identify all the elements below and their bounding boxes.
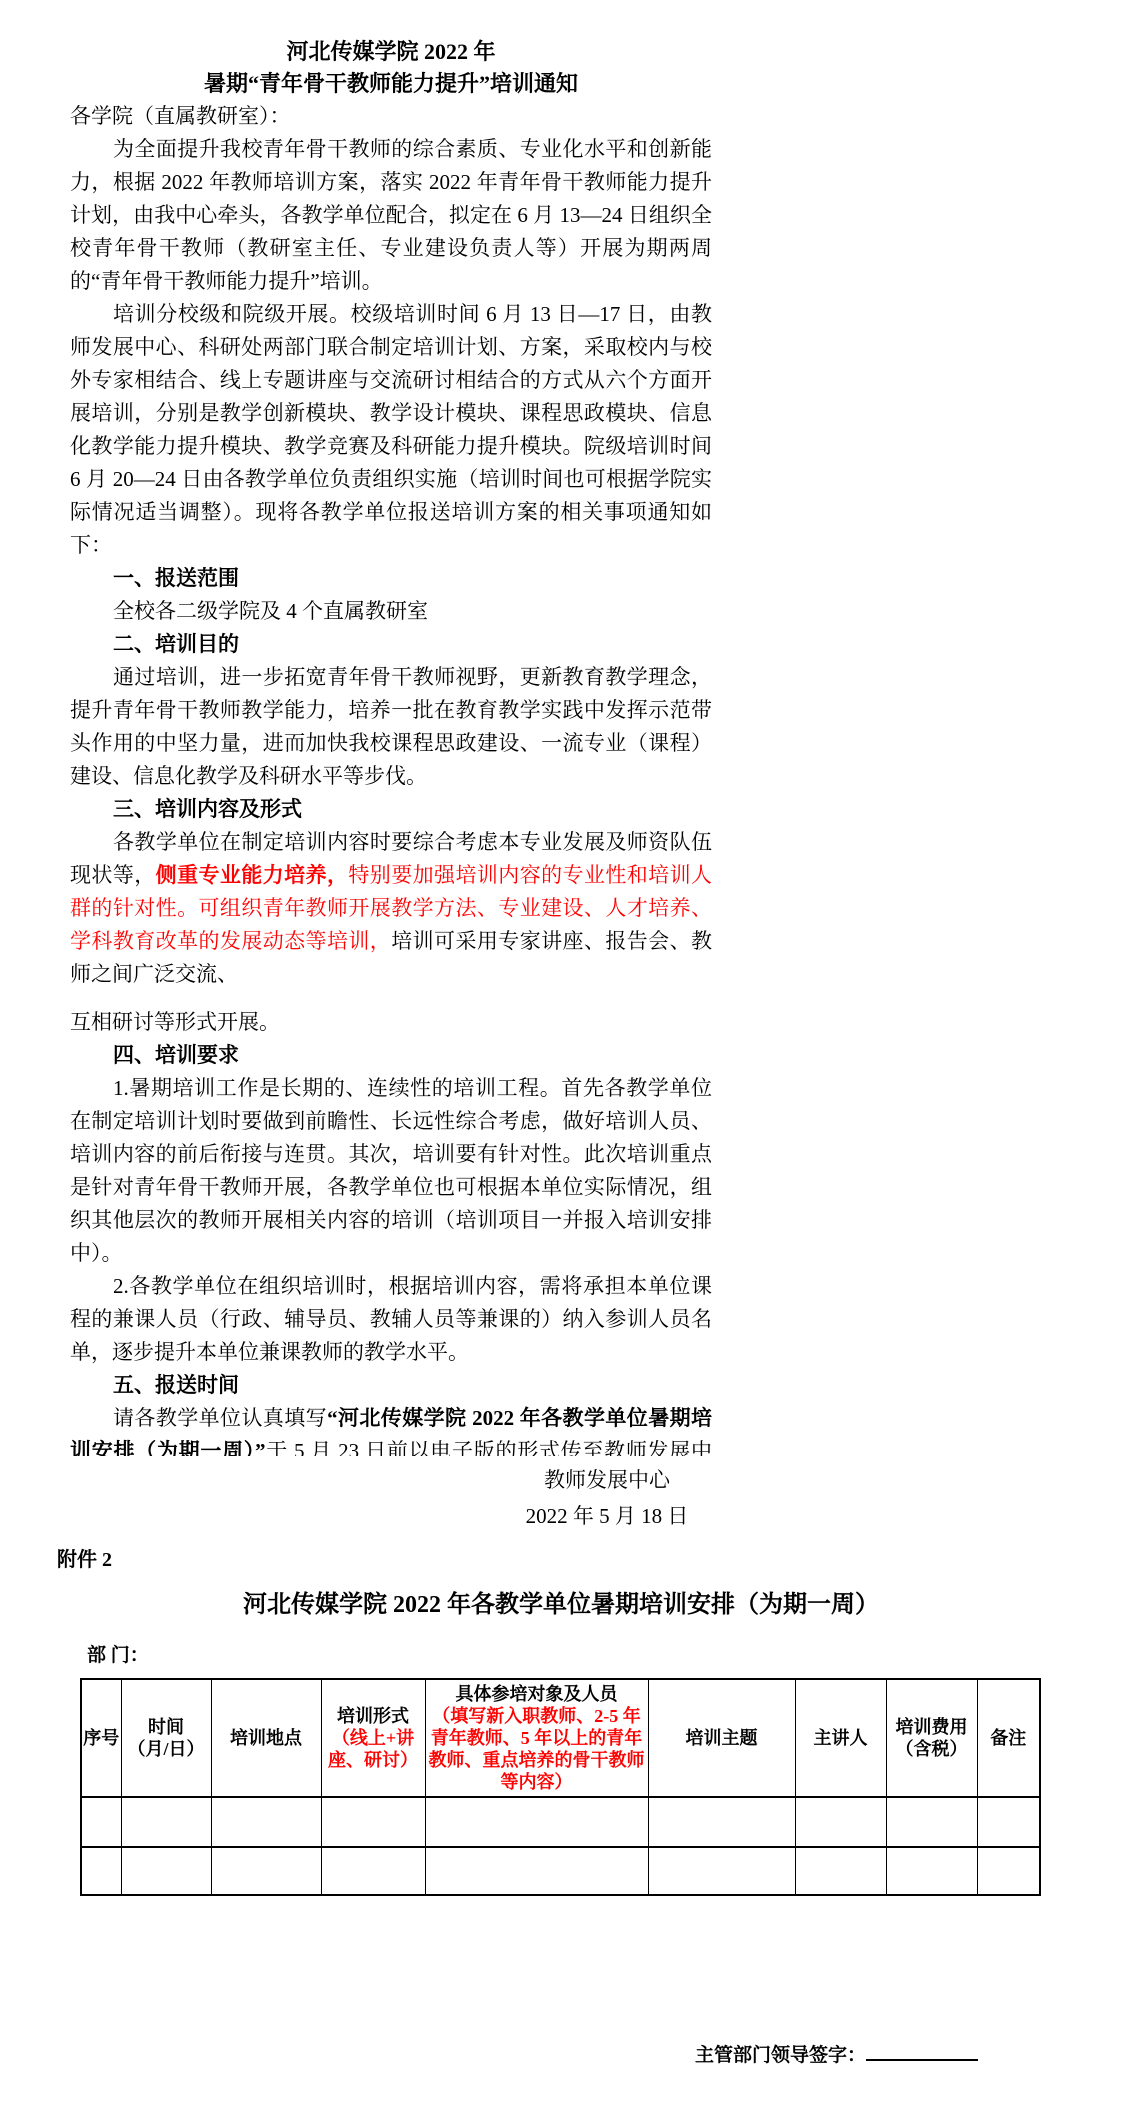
empty-cell[interactable] xyxy=(977,1847,1040,1895)
section-heading-1: 一、报送范围 xyxy=(70,562,712,595)
empty-cell[interactable] xyxy=(321,1847,425,1895)
header-format-note: （线上+讲座、研讨） xyxy=(323,1727,424,1771)
header-participants-note: （填写新入职教师、2-5 年青年教师、5 年以上的青年教师、重点培养的骨干教师等… xyxy=(427,1705,647,1793)
table-row xyxy=(81,1847,1040,1895)
empty-cell[interactable] xyxy=(81,1797,121,1847)
header-topic: 培训主题 xyxy=(648,1679,795,1797)
header-remarks-label: 备注 xyxy=(979,1727,1039,1749)
header-time: 时间（月/日） xyxy=(121,1679,211,1797)
section-5-lead: 请各教学单位认真填写 xyxy=(113,1406,327,1430)
empty-cell[interactable] xyxy=(121,1847,211,1895)
section-heading-2: 二、培训目的 xyxy=(70,628,712,661)
empty-cell[interactable] xyxy=(211,1847,321,1895)
paragraph-intro-2: 培训分校级和院级开展。校级培训时间 6 月 13 日—17 日，由教师发展中心、… xyxy=(70,298,712,562)
empty-cell[interactable] xyxy=(121,1797,211,1847)
leader-signature-label: 主管部门领导签字： xyxy=(695,2045,866,2066)
salutation: 各学院（直属教研室）： xyxy=(70,100,712,133)
header-topic-label: 培训主题 xyxy=(650,1727,794,1749)
section-3-red-bold: 侧重专业能力培养， xyxy=(156,863,349,887)
header-time-label: 时间 xyxy=(123,1716,210,1738)
empty-cell[interactable] xyxy=(425,1797,648,1847)
section-5-body: 请各教学单位认真填写“河北传媒学院 2022 年各教学单位暑期培训安排（为期一周… xyxy=(70,1402,712,1456)
signature-unit: 教师发展中心 xyxy=(497,1462,717,1498)
header-time-unit: （月/日） xyxy=(123,1738,210,1760)
header-fee-label: 培训费用 xyxy=(888,1716,976,1738)
header-location-label: 培训地点 xyxy=(213,1727,320,1749)
header-fee: 培训费用（含税） xyxy=(886,1679,977,1797)
section-1-body: 全校各二级学院及 4 个直属教研室 xyxy=(70,595,712,628)
header-speaker-label: 主讲人 xyxy=(797,1727,885,1749)
document-page: 河北传媒学院 2022 年 暑期“青年骨干教师能力提升”培训通知 各学院（直属教… xyxy=(0,0,1122,2118)
empty-cell[interactable] xyxy=(425,1847,648,1895)
attachment-title: 河北传媒学院 2022 年各教学单位暑期培训安排（为期一周） xyxy=(57,1589,1065,1621)
training-schedule-table: 序号 时间（月/日） 培训地点 培训形式（线上+讲座、研讨） 具体参培对象及人员… xyxy=(80,1678,1041,1896)
empty-cell[interactable] xyxy=(321,1797,425,1847)
section-4-item-2: 2.各教学单位在组织培训时，根据培训内容，需将承担本单位课程的兼课人员（行政、辅… xyxy=(70,1270,712,1369)
header-fee-note: （含税） xyxy=(888,1738,976,1760)
table-row xyxy=(81,1797,1040,1847)
section-4-item-1: 1.暑期培训工作是长期的、连续性的培训工程。首先各教学单位在制定培训计划时要做到… xyxy=(70,1072,712,1270)
header-format-label: 培训形式 xyxy=(323,1705,424,1727)
header-participants: 具体参培对象及人员（填写新入职教师、2-5 年青年教师、5 年以上的青年教师、重… xyxy=(425,1679,648,1797)
header-format: 培训形式（线上+讲座、研讨） xyxy=(321,1679,425,1797)
signature-blank-line[interactable] xyxy=(866,2042,978,2061)
section-heading-4: 四、培训要求 xyxy=(70,1039,712,1072)
empty-cell[interactable] xyxy=(81,1847,121,1895)
notice-title-line2: 暑期“青年骨干教师能力提升”培训通知 xyxy=(70,68,712,100)
header-seq-no: 序号 xyxy=(81,1679,121,1797)
section-3-body: 各教学单位在制定培训内容时要综合考虑本专业发展及师资队伍现状等，侧重专业能力培养… xyxy=(70,826,712,991)
header-participants-label: 具体参培对象及人员 xyxy=(427,1683,647,1705)
table-header-row: 序号 时间（月/日） 培训地点 培训形式（线上+讲座、研讨） 具体参培对象及人员… xyxy=(81,1679,1040,1797)
signature-date: 2022 年 5 月 18 日 xyxy=(497,1498,717,1534)
header-location: 培训地点 xyxy=(211,1679,321,1797)
header-remarks: 备注 xyxy=(977,1679,1040,1797)
header-speaker: 主讲人 xyxy=(795,1679,886,1797)
section-2-body: 通过培训，进一步拓宽青年骨干教师视野，更新教育教学理念，提升青年骨干教师教学能力… xyxy=(70,661,712,793)
empty-cell[interactable] xyxy=(648,1797,795,1847)
section-heading-5: 五、报送时间 xyxy=(70,1369,712,1402)
empty-cell[interactable] xyxy=(977,1797,1040,1847)
signature-block: 教师发展中心 2022 年 5 月 18 日 xyxy=(497,1462,717,1534)
department-label: 部 门： xyxy=(87,1643,1065,1669)
attachment-label: 附件 2 xyxy=(57,1545,1065,1575)
empty-cell[interactable] xyxy=(795,1847,886,1895)
empty-cell[interactable] xyxy=(648,1847,795,1895)
empty-cell[interactable] xyxy=(211,1797,321,1847)
section-3-last-line: 互相研讨等形式开展。 xyxy=(70,1006,712,1039)
empty-cell[interactable] xyxy=(886,1847,977,1895)
header-seq-no-label: 序号 xyxy=(83,1727,120,1749)
leader-signature-row: 主管部门领导签字： xyxy=(695,2042,1065,2069)
notice-body: 河北传媒学院 2022 年 暑期“青年骨干教师能力提升”培训通知 各学院（直属教… xyxy=(70,36,712,1456)
notice-title-line1: 河北传媒学院 2022 年 xyxy=(70,36,712,68)
empty-cell[interactable] xyxy=(795,1797,886,1847)
attachment-section: 附件 2 河北传媒学院 2022 年各教学单位暑期培训安排（为期一周） 部 门：… xyxy=(57,1545,1065,2069)
section-heading-3: 三、培训内容及形式 xyxy=(70,793,712,826)
empty-cell[interactable] xyxy=(886,1797,977,1847)
paragraph-intro-1: 为全面提升我校青年骨干教师的综合素质、专业化水平和创新能力，根据 2022 年教… xyxy=(70,133,712,298)
